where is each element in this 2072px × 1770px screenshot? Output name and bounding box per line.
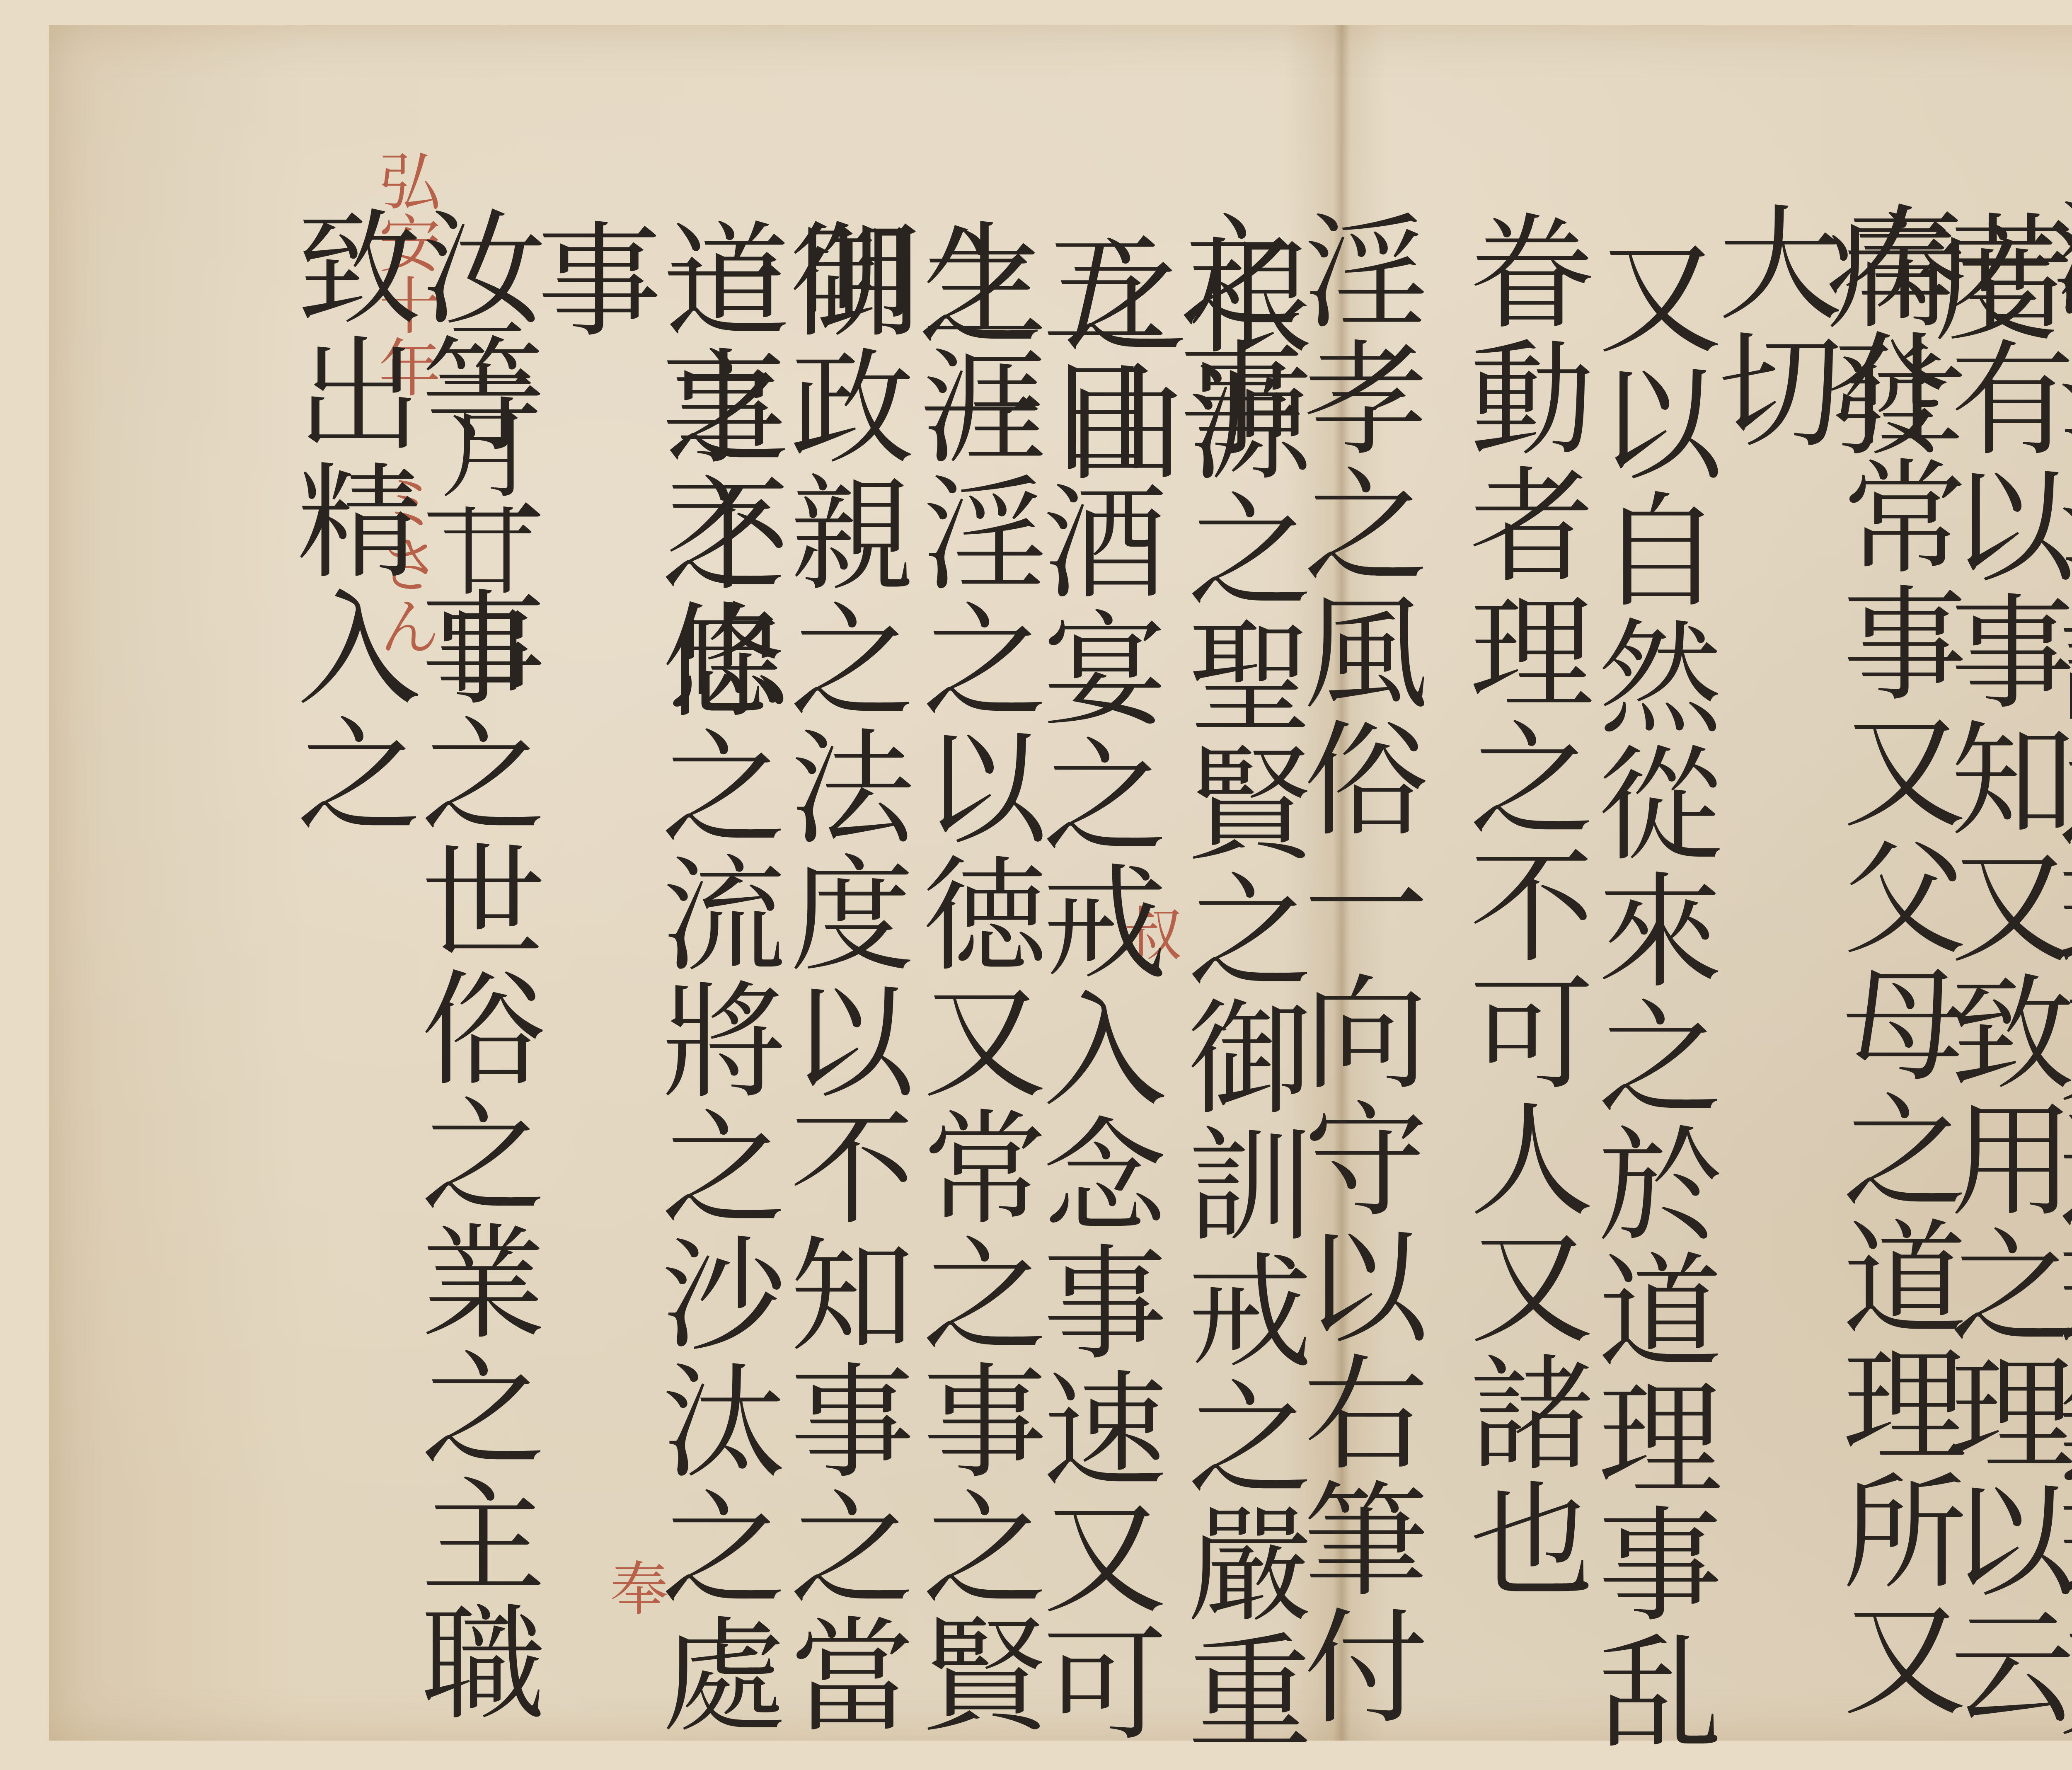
right-column-6: 眷動者理之不可人又諸也 bbox=[1459, 207, 1583, 1602]
right-column-5: 又以自然從來之於道理事乱 bbox=[1587, 232, 1711, 1754]
left-column-7: 汝等一事之世俗之業之主職致出精入之 bbox=[286, 203, 535, 1770]
left-column-6: 一事之條之流將之沙汰之處事 bbox=[526, 215, 775, 1770]
left-red-inline-2: 奉 bbox=[605, 1558, 663, 1616]
right-column-4: 奉仕常事又父母之道理所又大切 bbox=[1707, 199, 1956, 1770]
